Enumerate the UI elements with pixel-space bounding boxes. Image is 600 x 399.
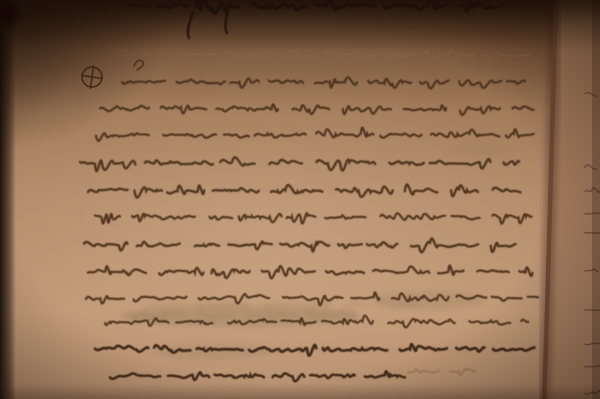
vignette <box>0 0 600 399</box>
manuscript-page <box>0 0 600 399</box>
photo-lighting-layer <box>0 0 600 399</box>
manuscript-photo <box>0 0 600 399</box>
